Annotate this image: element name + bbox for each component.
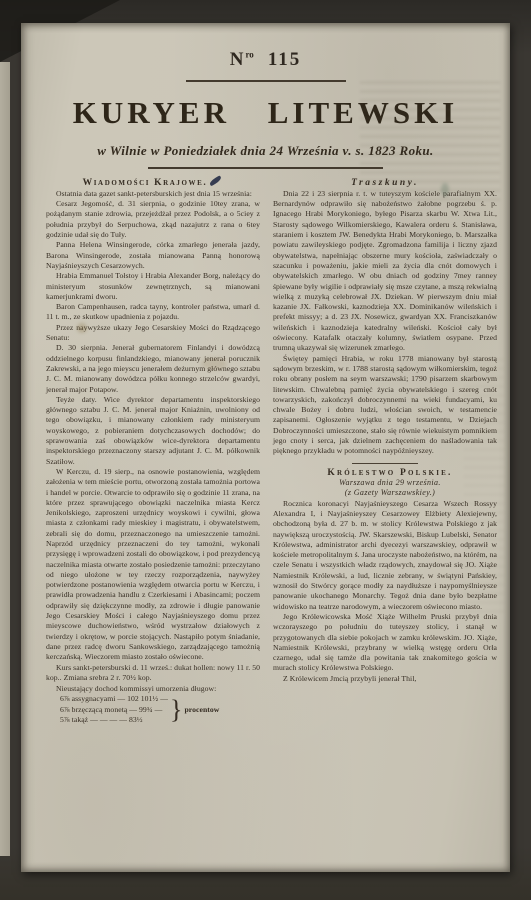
kurs-rows: 6⅞ assygnacyami — 102 101½ —6⅞ brzęczącą… [46,694,168,725]
article-paragraph: Kurs sankt-petersburski d. 11 wrześ.: du… [46,663,260,684]
brace-glyph: } [170,697,183,723]
rule-under-issue [186,80,346,82]
article-paragraph: W Kerczu, d. 19 sierp., na osnowie posta… [46,467,260,663]
kurs-brace-label: procentow [184,705,219,715]
issue-number: 115 [268,49,301,70]
article-paragraph: Z Królewicem Jmcią przybyli jenerał Thil… [273,674,497,684]
article-paragraph: Baron Campenhausen, radca tayny, kontrol… [46,302,260,323]
masthead-dateline: w Wilnie w Poniedziałek dnia 24 Września… [21,143,510,159]
left-column-body: Ostatnia data gazet sankt-petersburskich… [46,189,260,683]
kurs-table: 6⅞ assygnacyami — 102 101½ —6⅞ brzęczącą… [46,694,260,725]
article-paragraph: Hrabia Emmanuel Tołstoy i Hrabia Alexand… [46,271,260,302]
article-paragraph: Panna Helena Winsingerode, córka zmarłeg… [46,240,260,271]
section-heading-text: Wiadomości Krajowe. [83,178,208,188]
issue-prefix: N [230,49,246,70]
newspaper-page: Nro115 KURYER LITEWSKI w Wilnie w Ponied… [21,23,510,872]
kurs-row: 6⅞ brzęczącą monetą — 99¾ — [60,705,168,715]
article-paragraph: Cesarz Jegomość, d. 31 sierpnia, o godzi… [46,199,260,240]
ink-blot [209,175,223,186]
section-heading-krolestwo-polskie: Królestwo Polskie. [273,468,497,478]
section-dateline: Warszawa dnia 29 września. [273,478,497,488]
newspaper-title: KURYER LITEWSKI [21,95,510,131]
section-source: (z Gazety Warszawskiey.) [273,488,497,498]
section-divider-rule [352,463,418,464]
article-paragraph: Rocznica koronacyi Nayjaśnieyszego Cesar… [273,499,497,612]
section-heading-wiadomosci-krajowe: Wiadomości Krajowe. [46,178,260,188]
exchange-rate-block: Nieustający dochod kommissyi umorzenia d… [46,684,260,725]
kurs-row: 6⅞ assygnacyami — 102 101½ — [60,694,168,704]
article-paragraph: Dnia 22 i 23 sierpnia r. t. w tuteyszym … [273,189,497,354]
article-paragraph: Przez naywyższe ukazy Jego Cesarskiey Mo… [46,323,260,344]
article-paragraph: Jego Królewicowska Mość Xiąże Wilhelm Pr… [273,612,497,674]
article-paragraph: Świętey pamięci Hrabia, w roku 1778 mian… [273,354,497,457]
issue-superscript: ro [245,50,253,60]
newspaper-scan: { "page": { "issue_prefix": "N", "issue_… [0,0,531,900]
article-columns: Wiadomości Krajowe. Ostatnia data gazet … [21,169,510,726]
kingdom-of-poland-section: Królestwo Polskie. Warszawa dnia 29 wrze… [273,463,497,684]
right-column: Traszkuny. Dnia 22 i 23 sierpnia r. t. w… [273,178,497,684]
article-paragraph: Teyże daty. Wice dyrektor departamentu i… [46,395,260,467]
left-column: Wiadomości Krajowe. Ostatnia data gazet … [46,178,260,726]
article-paragraph: D. 30 sierpnia. Jenerał gubernatorem Fin… [46,343,260,394]
article-paragraph: Ostatnia data gazet sankt-petersburskich… [46,189,260,199]
kurs-heading: Nieustający dochod kommissyi umorzenia d… [46,684,260,694]
kingdom-section-body: Rocznica koronacyi Nayjaśnieyszego Cesar… [273,499,497,684]
issue-number-line: Nro115 [21,49,510,71]
section-heading-traszkuny: Traszkuny. [273,178,497,188]
kurs-row: 5⅞ takąż — — — — 83½ [60,715,168,725]
masthead: Nro115 KURYER LITEWSKI w Wilnie w Ponied… [21,23,510,169]
right-column-body: Dnia 22 i 23 sierpnia r. t. w tuteyszym … [273,189,497,457]
adjacent-page-edge [0,62,10,856]
